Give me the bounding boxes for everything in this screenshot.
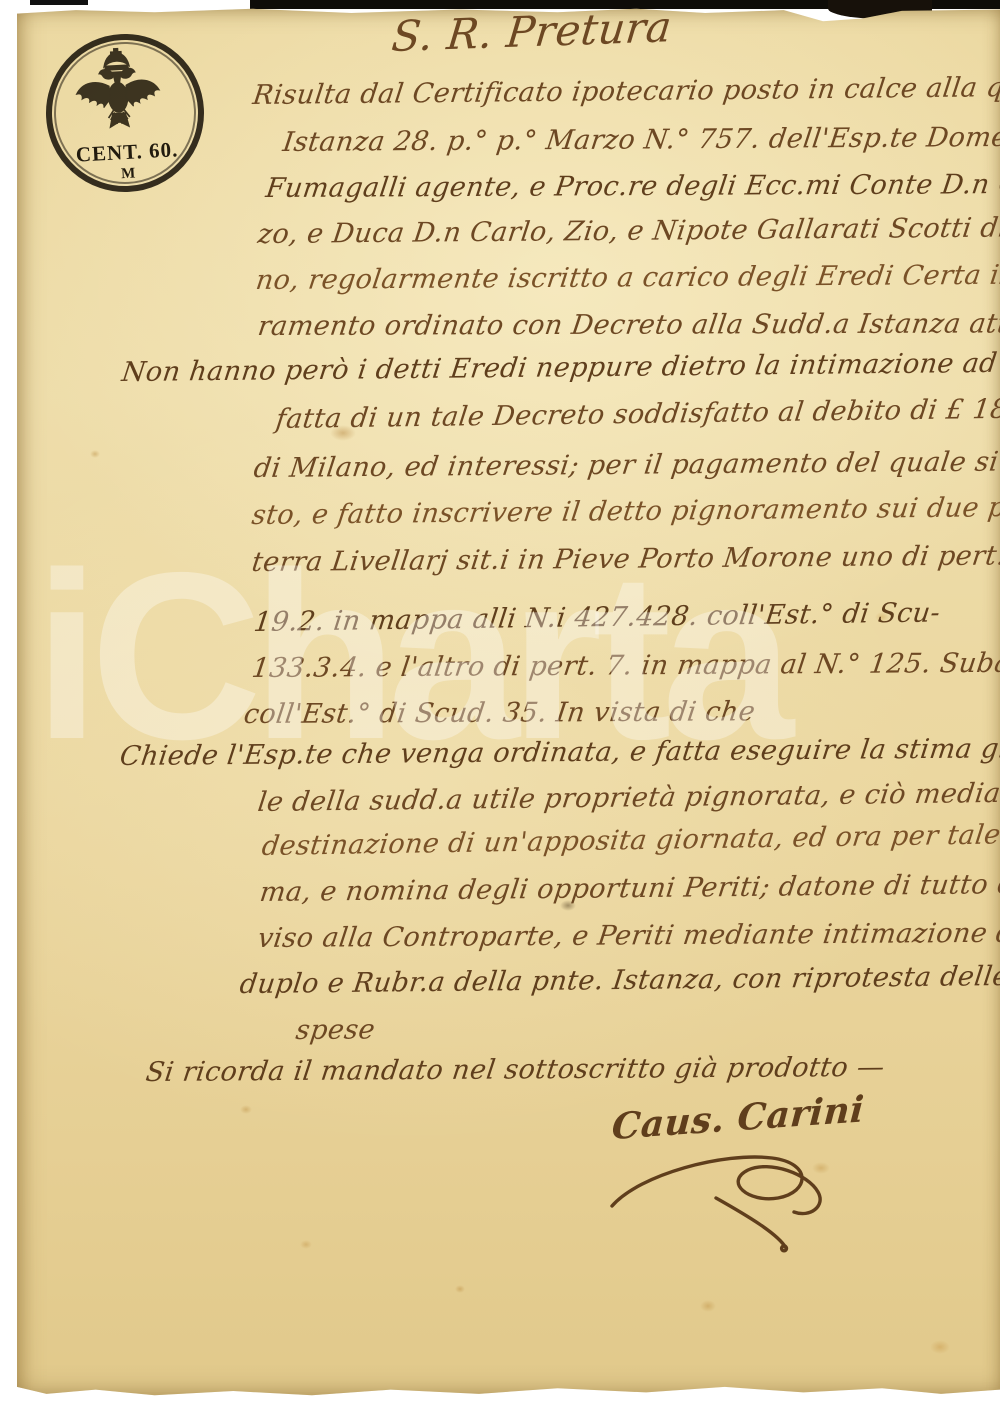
manuscript-line: no, regolarmente iscritto a carico degli… [254,259,1000,296]
double-headed-eagle-icon [65,44,172,151]
paper-stain [455,1285,465,1293]
manuscript-line: Si ricorda il mandato nel sottoscritto g… [144,1052,887,1088]
manuscript-line: spese [294,1014,377,1046]
manuscript-line: Fumagalli agente, e Proc.re degli Ecc.mi… [264,169,1000,204]
manuscript-line: viso alla Controparte, e Periti mediante… [256,917,1000,954]
manuscript-line: di Milano, ed interessi; per il pagament… [252,446,1000,484]
manuscript-line: zo, e Duca D.n Carlo, Zio, e Nipote Gall… [256,212,1000,250]
scan-top-edge-dash [30,0,88,5]
document-title: S. R. Pretura [389,2,674,61]
paper-stain [300,1240,312,1249]
paper-stain [700,1300,716,1312]
manuscript-line: ramento ordinato con Decreto alla Sudd.a… [256,308,1000,342]
manuscript-line: terra Livellarj sit.i in Pieve Porto Mor… [250,540,1000,578]
manuscript-line: Istanza 28. p.° p.° Marzo N.° 757. dell'… [281,122,1000,159]
manuscript-line: 133.3.4. e l'altro di pert. 7. in mappa … [250,648,1000,684]
paper-stain [930,1340,950,1354]
signature-flourish-icon [596,1136,876,1256]
paper-stain [240,1105,252,1114]
paper-stain [90,450,100,458]
manuscript-line: coll'Est.° di Scud. 35. In vista di che [242,696,757,730]
scanned-document: { "stamp": { "value": "CENT. 60.", "mint… [0,0,1000,1418]
